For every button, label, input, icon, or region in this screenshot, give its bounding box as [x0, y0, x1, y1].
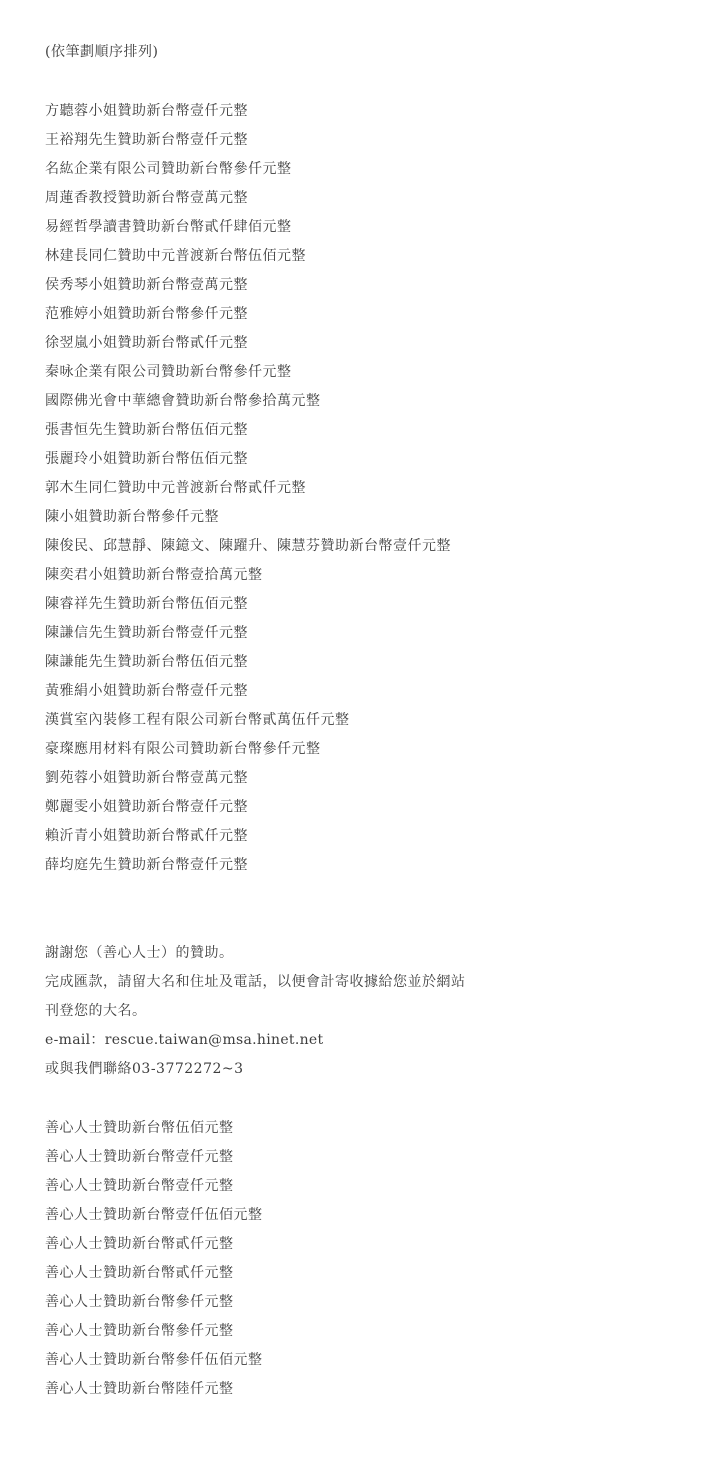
spacer: [45, 73, 680, 103]
anonymous-donation-line: 善心人士贊助新台幣貳仟元整: [45, 1265, 680, 1294]
donation-line: 范雅婷小姐贊助新台幣參仟元整: [45, 306, 680, 335]
email-line: e-mail：rescue.taiwan@msa.hinet.net: [45, 1032, 680, 1061]
donation-line: 秦咏企業有限公司贊助新台幣參仟元整: [45, 364, 680, 393]
anonymous-donor-list: 善心人士贊助新台幣伍佰元整善心人士贊助新台幣壹仟元整善心人士贊助新台幣壹仟元整善…: [45, 1120, 680, 1410]
anonymous-donation-line: 善心人士贊助新台幣壹仟元整: [45, 1149, 680, 1178]
donation-page: (依筆劃順序排列) 方聽蓉小姐贊助新台幣壹仟元整王裕翔先生贊助新台幣壹仟元整名紘…: [0, 0, 720, 1457]
donation-line: 張麗玲小姐贊助新台幣伍佰元整: [45, 451, 680, 480]
sort-order-note: (依筆劃順序排列): [45, 44, 680, 73]
donor-list: 方聽蓉小姐贊助新台幣壹仟元整王裕翔先生贊助新台幣壹仟元整名紘企業有限公司贊助新台…: [45, 103, 680, 886]
donation-line: 劉苑蓉小姐贊助新台幣壹萬元整: [45, 770, 680, 799]
donation-line: 易經哲學讀書贊助新台幣貳仟肆佰元整: [45, 219, 680, 248]
spacer: [45, 886, 680, 945]
donation-line: 張書恒先生贊助新台幣伍佰元整: [45, 422, 680, 451]
anonymous-donation-line: 善心人士贊助新台幣壹仟伍佰元整: [45, 1207, 680, 1236]
email-address: rescue.taiwan@msa.hinet.net: [105, 1032, 324, 1048]
donation-line: 黃雅絹小姐贊助新台幣壹仟元整: [45, 683, 680, 712]
anonymous-donation-line: 善心人士贊助新台幣貳仟元整: [45, 1236, 680, 1265]
donation-line: 周蓮香教授贊助新台幣壹萬元整: [45, 190, 680, 219]
donation-line: 賴沂青小姐贊助新台幣貳仟元整: [45, 828, 680, 857]
donation-line: 漢賞室內裝修工程有限公司新台幣貳萬伍仟元整: [45, 712, 680, 741]
remittance-instruction-line1: 完成匯款，請留大名和住址及電話，以便會計寄收據給您並於網站: [45, 974, 680, 1003]
donation-line: 陳奕君小姐贊助新台幣壹拾萬元整: [45, 567, 680, 596]
donation-line: 方聽蓉小姐贊助新台幣壹仟元整: [45, 103, 680, 132]
donation-line: 薛均庭先生贊助新台幣壹仟元整: [45, 857, 680, 886]
thanks-note: 謝謝您（善心人士）的贊助。: [45, 945, 680, 974]
remittance-instruction-line2: 刊登您的大名。: [45, 1003, 680, 1032]
anonymous-donation-line: 善心人士贊助新台幣伍佰元整: [45, 1120, 680, 1149]
donation-line: 陳睿祥先生贊助新台幣伍佰元整: [45, 596, 680, 625]
anonymous-donation-line: 善心人士贊助新台幣參仟伍佰元整: [45, 1352, 680, 1381]
donation-line: 鄭麗雯小姐贊助新台幣壹仟元整: [45, 799, 680, 828]
donation-line: 豪璨應用材料有限公司贊助新台幣參仟元整: [45, 741, 680, 770]
donation-line: 陳謙信先生贊助新台幣壹仟元整: [45, 625, 680, 654]
contact-phone-line: 或與我們聯絡03-3772272~3: [45, 1061, 680, 1090]
donation-line: 郭木生同仁贊助中元普渡新台幣貳仟元整: [45, 480, 680, 509]
donation-line: 陳謙能先生贊助新台幣伍佰元整: [45, 654, 680, 683]
spacer: [45, 1090, 680, 1120]
anonymous-donation-line: 善心人士贊助新台幣壹仟元整: [45, 1178, 680, 1207]
anonymous-donation-line: 善心人士贊助新台幣參仟元整: [45, 1323, 680, 1352]
donation-line: 名紘企業有限公司贊助新台幣參仟元整: [45, 161, 680, 190]
anonymous-donation-line: 善心人士贊助新台幣陸仟元整: [45, 1381, 680, 1410]
donation-line: 侯秀琴小姐贊助新台幣壹萬元整: [45, 277, 680, 306]
donation-line: 徐翌嵐小姐贊助新台幣貳仟元整: [45, 335, 680, 364]
donation-line: 陳小姐贊助新台幣參仟元整: [45, 509, 680, 538]
footer-notes: 謝謝您（善心人士）的贊助。 完成匯款，請留大名和住址及電話，以便會計寄收據給您並…: [45, 945, 680, 1090]
anonymous-donation-line: 善心人士贊助新台幣參仟元整: [45, 1294, 680, 1323]
donation-line: 林建長同仁贊助中元普渡新台幣伍佰元整: [45, 248, 680, 277]
donation-line: 王裕翔先生贊助新台幣壹仟元整: [45, 132, 680, 161]
email-label: e-mail：: [45, 1032, 105, 1048]
donation-line: 國際佛光會中華總會贊助新台幣參拾萬元整: [45, 393, 680, 422]
donation-line: 陳俊民、邱慧靜、陳鐿文、陳躍升、陳慧芬贊助新台幣壹仟元整: [45, 538, 680, 567]
